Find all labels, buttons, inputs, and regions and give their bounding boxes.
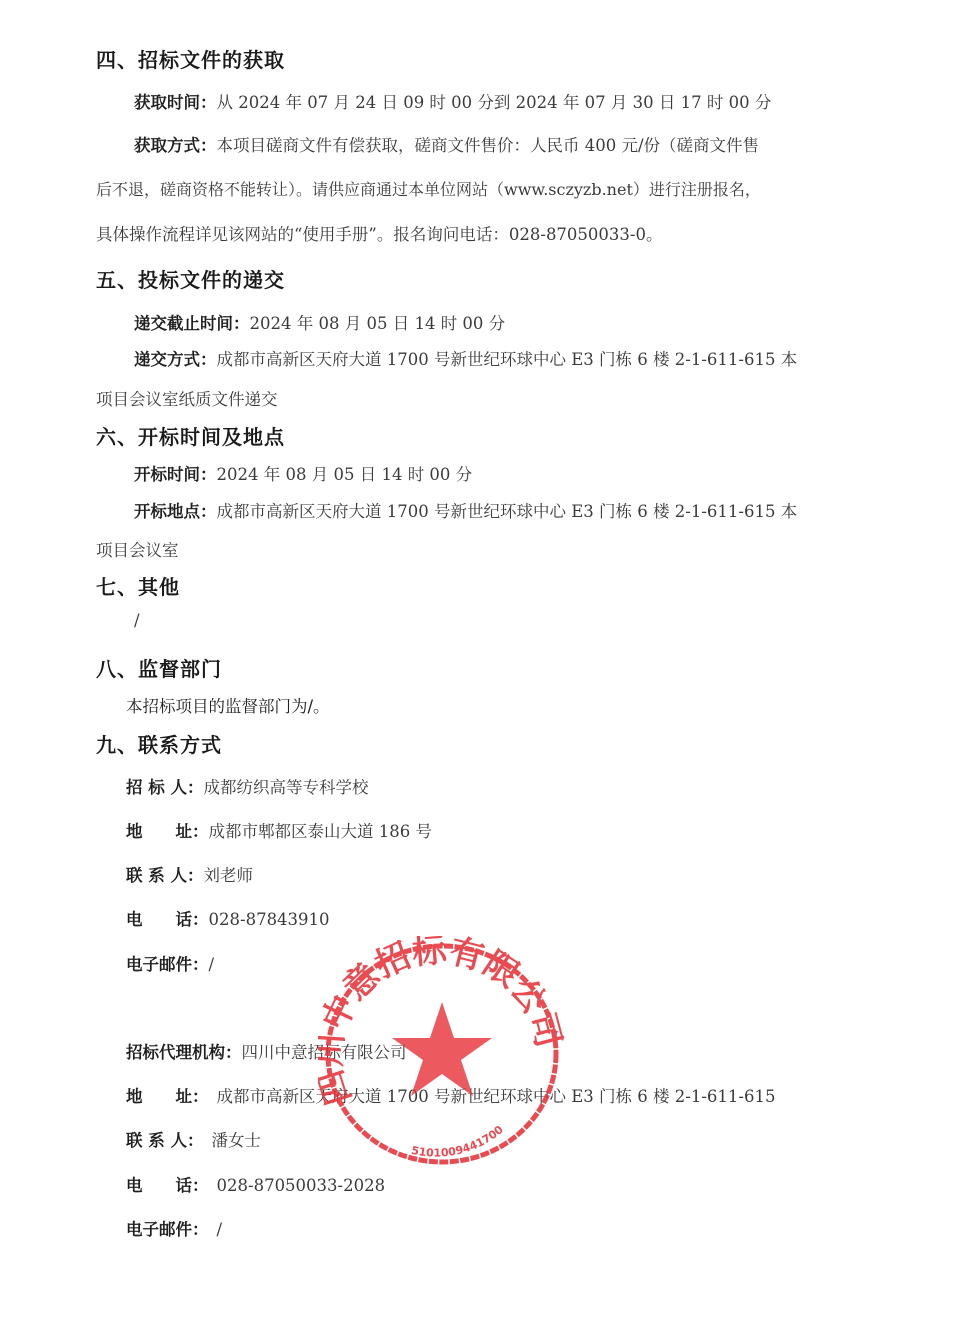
- acquire-method-row: 获取方式：本项目磋商文件有偿获取，磋商文件售价：人民币 400 元/份（磋商文件…: [134, 132, 759, 156]
- tenderer-name-value: 成都纺织高等专科学校: [204, 778, 369, 797]
- submit-deadline-label: 递交截止时间：: [134, 314, 250, 333]
- opening-time-label: 开标时间：: [134, 465, 217, 484]
- other-content: /: [134, 611, 140, 630]
- agency-email-value: /: [217, 1220, 223, 1239]
- opening-place-label: 开标地点：: [134, 502, 217, 521]
- submit-deadline-value: 2024 年 08 月 05 日 14 时 00 分: [250, 314, 506, 333]
- document-page: 四、招标文件的获取 获取时间：从 2024 年 07 月 24 日 09 时 0…: [0, 0, 954, 1329]
- opening-place-row: 开标地点：成都市高新区天府大道 1700 号新世纪环球中心 E3 门栋 6 楼 …: [134, 498, 797, 522]
- agency-contact-row: 联 系 人：潘女士: [126, 1127, 261, 1151]
- tenderer-name-row: 招 标 人：成都纺织高等专科学校: [126, 774, 369, 798]
- section-4-heading: 四、招标文件的获取: [96, 44, 285, 73]
- section-8-heading: 八、监督部门: [96, 653, 222, 682]
- agency-phone-label: 电 话：: [126, 1176, 209, 1195]
- tenderer-address-row: 地 址：成都市郫都区泰山大道 186 号: [126, 818, 432, 842]
- tenderer-phone-row: 电 话：028-87843910: [126, 906, 330, 930]
- tenderer-contact-label: 联 系 人：: [126, 866, 204, 885]
- agency-email-row: 电子邮件：/: [126, 1216, 222, 1240]
- agency-address-value: 成都市高新区天府大道 1700 号新世纪环球中心 E3 门栋 6 楼 2-1-6…: [217, 1087, 776, 1106]
- agency-name-row: 招标代理机构：四川中意招标有限公司: [126, 1039, 407, 1063]
- section-5-heading: 五、投标文件的递交: [96, 264, 285, 293]
- tenderer-email-label: 电子邮件：: [126, 955, 209, 974]
- agency-address-label: 地 址：: [126, 1087, 209, 1106]
- opening-time-row: 开标时间：2024 年 08 月 05 日 14 时 00 分: [134, 461, 472, 485]
- agency-name-label: 招标代理机构：: [126, 1043, 242, 1062]
- acquire-method-line3: 具体操作流程详见该网站的“使用手册”。报名询问电话：028-87050033-0…: [96, 221, 663, 245]
- section-9-heading: 九、联系方式: [96, 729, 222, 758]
- tenderer-contact-value: 刘老师: [204, 866, 254, 885]
- agency-phone-row: 电 话：028-87050033-2028: [126, 1172, 385, 1196]
- acquire-method-label: 获取方式：: [134, 136, 217, 155]
- submit-deadline-row: 递交截止时间：2024 年 08 月 05 日 14 时 00 分: [134, 310, 505, 334]
- acquire-method-line2: 后不退，磋商资格不能转让）。请供应商通过本单位网站（www.sczyzb.net…: [96, 177, 761, 200]
- submit-method-row: 递交方式：成都市高新区天府大道 1700 号新世纪环球中心 E3 门栋 6 楼 …: [134, 346, 797, 370]
- submit-method-line1: 成都市高新区天府大道 1700 号新世纪环球中心 E3 门栋 6 楼 2-1-6…: [217, 350, 798, 369]
- tenderer-contact-row: 联 系 人：刘老师: [126, 862, 253, 886]
- agency-address-row: 地 址：成都市高新区天府大道 1700 号新世纪环球中心 E3 门栋 6 楼 2…: [126, 1083, 775, 1107]
- submit-method-label: 递交方式：: [134, 350, 217, 369]
- agency-email-label: 电子邮件：: [126, 1220, 209, 1239]
- tenderer-phone-label: 电 话：: [126, 910, 209, 929]
- opening-place-line2: 项目会议室: [96, 537, 179, 561]
- agency-phone-value: 028-87050033-2028: [217, 1176, 386, 1195]
- supervision-content: 本招标项目的监督部门为/。: [126, 693, 330, 717]
- opening-time-value: 2024 年 08 月 05 日 14 时 00 分: [217, 465, 473, 484]
- acquire-method-line1: 本项目磋商文件有偿获取，磋商文件售价：人民币 400 元/份（磋商文件售: [217, 136, 760, 155]
- agency-name-value: 四川中意招标有限公司: [242, 1043, 407, 1062]
- acquire-time-value: 从 2024 年 07 月 24 日 09 时 00 分到 2024 年 07 …: [217, 93, 772, 112]
- svg-text:5101009441700: 5101009441700: [410, 1123, 506, 1160]
- submit-method-line2: 项目会议室纸质文件递交: [96, 386, 278, 410]
- acquire-time-label: 获取时间：: [134, 93, 217, 112]
- tenderer-name-label: 招 标 人：: [126, 778, 204, 797]
- opening-place-line1: 成都市高新区天府大道 1700 号新世纪环球中心 E3 门栋 6 楼 2-1-6…: [217, 502, 798, 521]
- acquire-time-row: 获取时间：从 2024 年 07 月 24 日 09 时 00 分到 2024 …: [134, 89, 771, 113]
- tenderer-address-label: 地 址：: [126, 822, 209, 841]
- section-7-heading: 七、其他: [96, 571, 180, 600]
- tenderer-email-row: 电子邮件：/: [126, 951, 214, 975]
- tenderer-address-value: 成都市郫都区泰山大道 186 号: [209, 822, 432, 841]
- section-6-heading: 六、开标时间及地点: [96, 421, 285, 450]
- agency-contact-value: 潘女士: [212, 1131, 262, 1150]
- tenderer-email-value: /: [209, 955, 215, 974]
- tenderer-phone-value: 028-87843910: [209, 910, 330, 929]
- agency-contact-label: 联 系 人：: [126, 1131, 204, 1150]
